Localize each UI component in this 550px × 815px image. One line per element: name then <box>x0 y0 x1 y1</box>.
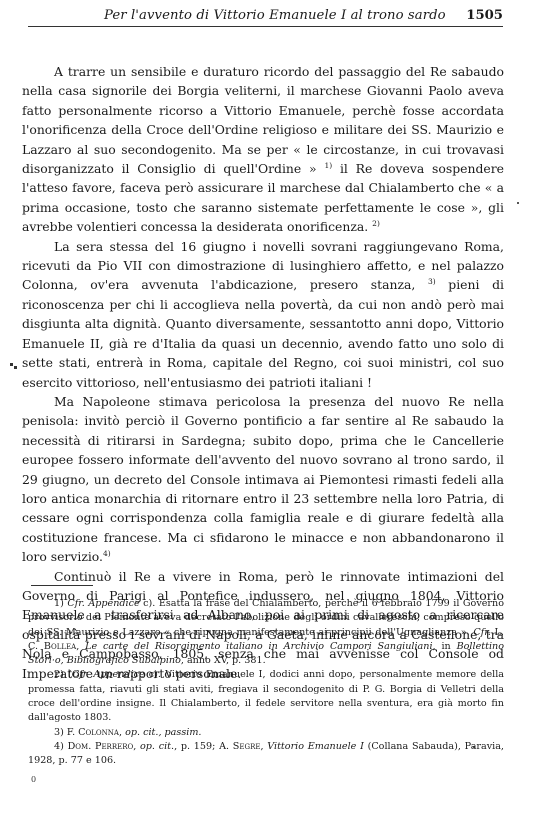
footnote-sep: , <box>76 641 85 652</box>
footnote-text: , anno XV, p. 381. <box>181 655 266 666</box>
footnote-title: Vittorio Emanuele I <box>267 741 364 752</box>
footnote-marker: 4) <box>54 741 64 752</box>
footnote-4: 4) Dom. Perrero, op. cit., p. 159; A. Se… <box>28 740 504 769</box>
stray-dot <box>517 202 519 204</box>
footnote-appendix: Appendice <box>93 669 144 680</box>
footnote-3: 3) F. Colonna, op. cit., passim. <box>28 726 504 740</box>
footnote-author: Dom. Perrero <box>68 741 134 752</box>
footnote-title: Le carte del Risorgimento italiano in Ar… <box>85 641 432 652</box>
footnote-cfr: Cfr. <box>473 627 490 638</box>
footnote-appendix: Appendice <box>88 598 139 609</box>
footnote-marker: 2) <box>54 669 64 680</box>
footnote-ref[interactable]: 3) <box>428 277 436 286</box>
paragraph-text: A trarre un sensibile e duraturo ricordo… <box>22 64 504 176</box>
main-text: A trarre un sensibile e duraturo ricordo… <box>22 62 504 683</box>
footnote-author: A. Segre <box>219 741 260 752</box>
paragraph-1: A trarre un sensibile e duraturo ricordo… <box>22 62 504 237</box>
footnote-text: , in <box>433 641 457 652</box>
footnote-1: 1) Cfr. Appendice c). Esatta la frase de… <box>28 597 504 668</box>
footnote-ref[interactable]: 1) <box>324 161 332 170</box>
footnote-author: F. Colonna <box>67 727 119 738</box>
footnote-op: op. cit., passim. <box>125 727 201 738</box>
paragraph-3: Ma Napoleone stimava pericolosa la prese… <box>22 392 504 567</box>
footnote-ref[interactable]: 4) <box>103 549 111 558</box>
footnote-cfr: Cfr. <box>67 598 84 609</box>
footnote-cfr: Cfr. <box>72 669 89 680</box>
footnote-separator <box>31 585 93 586</box>
footnotes: 1) Cfr. Appendice c). Esatta la frase de… <box>28 597 504 769</box>
margin-mark-icon <box>10 363 18 369</box>
page-number: 1505 <box>466 8 503 23</box>
paragraph-text: pieni di riconoscenza per chi li accogli… <box>22 277 504 389</box>
footnote-op: op. cit. <box>140 741 174 752</box>
page-foot-mark: 0 <box>31 775 36 784</box>
running-header: Per l'avvento di Vittorio Emanuele I al … <box>28 4 503 27</box>
footnote-text: , p. 159; <box>174 741 219 752</box>
footnote-sep: , <box>133 741 140 752</box>
paragraph-2: La sera stessa del 16 giugno i novelli s… <box>22 237 504 392</box>
footnote-ref[interactable]: 2) <box>372 219 380 228</box>
paragraph-text: Ma Napoleone stimava pericolosa la prese… <box>22 394 504 564</box>
footnote-2: 2) (Cfr. Appendice c). Vittorio Emanuele… <box>28 668 504 725</box>
footnote-marker: 1) <box>54 598 64 609</box>
running-title: Per l'avvento di Vittorio Emanuele I al … <box>104 8 446 23</box>
footnote-marker: 3) <box>54 727 64 738</box>
